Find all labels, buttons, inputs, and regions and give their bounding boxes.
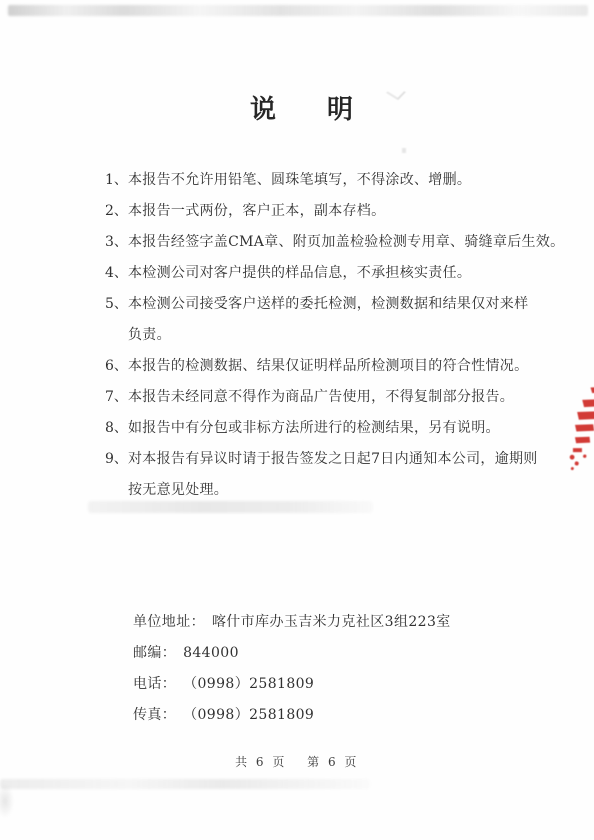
note-item-2: 2、 本报告一式两份，客户正本，副本存档。 — [105, 201, 575, 222]
note-number: 5、 — [105, 294, 128, 315]
scan-artifact-dot — [402, 148, 406, 153]
scan-noise-bottom — [0, 779, 370, 789]
note-item-8: 8、 如报告中有分包或非标方法所进行的检测结果，另有说明。 — [105, 418, 575, 439]
contact-label: 邮编： — [133, 645, 176, 661]
total-pages-label: 共 6 页 — [235, 755, 287, 769]
note-text: 本报告的检测数据、结果仅证明样品所检测项目的符合性情况。 — [128, 356, 528, 377]
note-text: 按无意见处理。 — [128, 480, 228, 501]
note-number: 9、 — [105, 449, 128, 470]
report-notes-page: 说明 1、 本报告不允许用铅笔、圆珠笔填写，不得涂改、增删。 2、 本报告一式两… — [0, 0, 594, 840]
contact-label: 单位地址： — [133, 614, 205, 630]
note-number: 7、 — [105, 387, 128, 408]
note-text: 本报告一式两份，客户正本，副本存档。 — [128, 201, 385, 222]
note-number: 2、 — [105, 201, 128, 222]
scan-noise-top — [8, 5, 588, 16]
contact-value: （0998）2581809 — [183, 676, 314, 692]
contact-value: 844000 — [183, 645, 239, 661]
contact-fax-row: 传真： （0998）2581809 — [133, 705, 451, 726]
note-text: 本报告未经同意不得作为商品广告使用，不得复制部分报告。 — [128, 387, 514, 408]
contact-phone-row: 电话： （0998）2581809 — [133, 674, 451, 695]
note-number: 8、 — [105, 418, 128, 439]
note-text: 负责。 — [128, 325, 171, 346]
note-item-1: 1、 本报告不允许用铅笔、圆珠笔填写，不得涂改、增删。 — [105, 170, 575, 191]
note-text: 本检测公司对客户提供的样品信息，不承担核实责任。 — [128, 263, 471, 284]
contact-value: 喀什市库办玉吉米力克社区3组223室 — [212, 614, 451, 630]
note-item-3: 3、 本报告经签字盖CMA章、附页加盖检验检测专用章、骑缝章后生效。 — [105, 232, 575, 253]
note-item-9-continued: 按无意见处理。 — [105, 480, 575, 501]
scan-smudge-corner — [0, 784, 14, 818]
current-page-label: 第 6 页 — [307, 755, 359, 769]
page-footer: 共 6 页 第 6 页 — [0, 754, 594, 770]
note-number: 1、 — [105, 170, 128, 191]
page-title: 说明 — [0, 95, 594, 126]
note-item-4: 4、 本检测公司对客户提供的样品信息，不承担核实责任。 — [105, 263, 575, 284]
contact-block: 单位地址： 喀什市库办玉吉米力克社区3组223室 邮编： 844000 电话： … — [133, 612, 451, 736]
note-item-5-continued: 负责。 — [105, 325, 575, 346]
contact-address-row: 单位地址： 喀什市库办玉吉米力克社区3组223室 — [133, 612, 451, 633]
note-text: 如报告中有分包或非标方法所进行的检测结果，另有说明。 — [128, 418, 500, 439]
note-text: 对本报告有异议时请于报告签发之日起7日内通知本公司，逾期则 — [128, 449, 538, 470]
note-text: 本检测公司接受客户送样的委托检测，检测数据和结果仅对来样 — [128, 294, 528, 315]
note-number: 6、 — [105, 356, 128, 377]
contact-label: 传真： — [133, 707, 176, 723]
contact-value: （0998）2581809 — [183, 707, 314, 723]
note-item-5: 5、 本检测公司接受客户送样的委托检测，检测数据和结果仅对来样 — [105, 294, 575, 315]
note-text: 本报告经签字盖CMA章、附页加盖检验检测专用章、骑缝章后生效。 — [128, 232, 564, 253]
note-number: 3、 — [105, 232, 128, 253]
contact-label: 电话： — [133, 676, 176, 692]
note-text: 本报告不允许用铅笔、圆珠笔填写，不得涂改、增删。 — [128, 170, 471, 191]
note-item-6: 6、 本报告的检测数据、结果仅证明样品所检测项目的符合性情况。 — [105, 356, 575, 377]
note-number: 4、 — [105, 263, 128, 284]
note-item-9: 9、 对本报告有异议时请于报告签发之日起7日内通知本公司，逾期则 — [105, 449, 575, 470]
notes-list: 1、 本报告不允许用铅笔、圆珠笔填写，不得涂改、增删。 2、 本报告一式两份，客… — [105, 170, 575, 511]
contact-postcode-row: 邮编： 844000 — [133, 643, 451, 664]
note-item-7: 7、 本报告未经同意不得作为商品广告使用，不得复制部分报告。 — [105, 387, 575, 408]
